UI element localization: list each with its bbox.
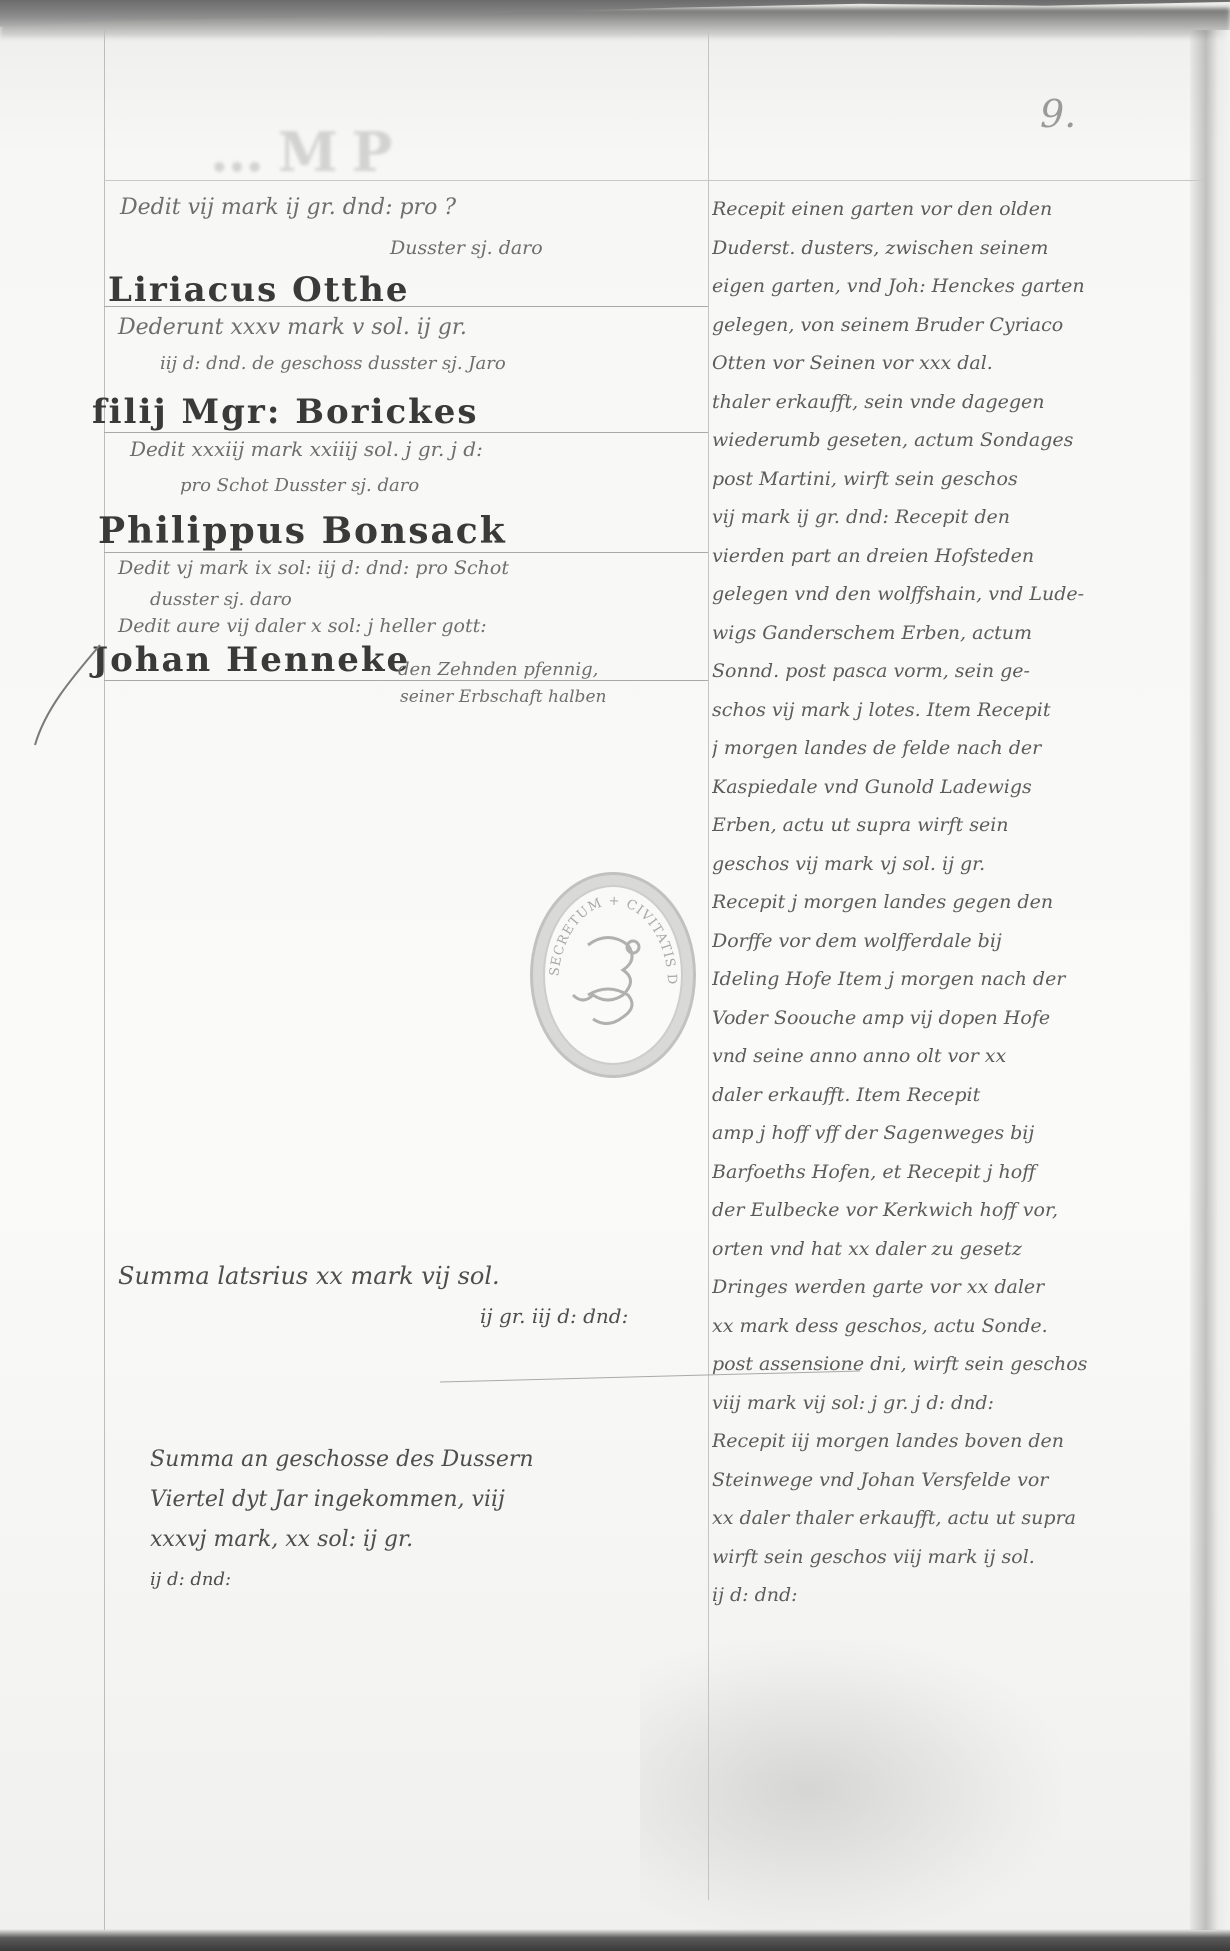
right-line: amp j hoff vff der Sagenweges bij — [712, 1114, 1202, 1153]
entry-3-note-line-2: dusster sj. daro — [150, 590, 292, 610]
right-line: Kaspiedale vnd Gunold Ladewigs — [712, 768, 1202, 807]
row-rule-4 — [104, 680, 708, 681]
right-line: daler erkaufft. Item Recepit — [712, 1076, 1202, 1115]
right-line: wiederumb geseten, actum Sondages — [712, 421, 1202, 460]
header-rule — [104, 180, 1204, 181]
svg-text:SECRETUM + CIVITATIS DUDERSTAD: SECRETUM + CIVITATIS DUDERSTADIENSIS — [533, 875, 679, 986]
summa-2-line-3: xxxvj mark, xx sol: ij gr. — [150, 1520, 534, 1560]
summa-2-line-2: Viertel dyt Jar ingekommen, viij — [150, 1480, 534, 1520]
right-line: j morgen landes de felde nach der — [712, 729, 1202, 768]
row-rule-2 — [104, 432, 708, 433]
right-line: Erben, actu ut supra wirft sein — [712, 806, 1202, 845]
right-line: orten vnd hat xx daler zu gesetz — [712, 1230, 1202, 1269]
entry-4-note-line-1: den Zehnden pfennig, — [398, 660, 598, 680]
summa-2-line-4: ij d: dnd: — [150, 1560, 534, 1600]
entry-name-liriacus-otthe: Liriacus Otthe — [108, 270, 409, 310]
left-margin-rule — [104, 30, 105, 1930]
right-line: viij mark vij sol: j gr. j d: dnd: — [712, 1384, 1202, 1423]
right-column-text: Recepit einen garten vor den olden Duder… — [712, 190, 1202, 1615]
right-line: Voder Soouche amp vij dopen Hofe — [712, 999, 1202, 1038]
right-line: schos vij mark j lotes. Item Recepit — [712, 691, 1202, 730]
entry-0-note-line-1: Dedit vij mark ij gr. dnd: pro ? — [120, 196, 456, 220]
right-line: der Eulbecke vor Kerkwich hoff vor, — [712, 1191, 1202, 1230]
right-line: Recepit iij morgen landes boven den — [712, 1422, 1202, 1461]
right-line: post Martini, wirft sein geschos — [712, 460, 1202, 499]
entry-name-johan-henneke: Johan Henneke — [92, 640, 410, 680]
right-line: vierden part an dreien Hofsteden — [712, 537, 1202, 576]
summa-2-line-1: Summa an geschosse des Dussern — [150, 1440, 534, 1480]
right-line: thaler erkaufft, sein vnde dagegen — [712, 383, 1202, 422]
entry-name-philippus-bonsack: Philippus Bonsack — [98, 510, 507, 552]
summa-1-line-2: ij gr. iij d: dnd: — [118, 1296, 628, 1336]
right-line: geschos vij mark vj sol. ij gr. — [712, 845, 1202, 884]
right-line: gelegen vnd den wolffshain, vnd Lude- — [712, 575, 1202, 614]
lion-rampant-icon: SECRETUM + CIVITATIS DUDERSTADIENSIS — [533, 875, 693, 1075]
entry-3-note-line-3: Dedit aure vij daler x sol: j heller got… — [118, 616, 487, 637]
entry-4-note-line-2: seiner Erbschaft halben — [400, 688, 606, 707]
right-line: Sonnd. post pasca vorm, sein ge- — [712, 652, 1202, 691]
page-bottom-edge — [0, 1929, 1230, 1951]
right-line: Otten vor Seinen vor xxx dal. — [712, 344, 1202, 383]
summa-1-line-1: Summa latsrius xx mark vij sol. — [118, 1256, 628, 1296]
right-line: wigs Ganderschem Erben, actum — [712, 614, 1202, 653]
summa-block-1: Summa latsrius xx mark vij sol. ij gr. i… — [118, 1256, 628, 1336]
right-line: Ideling Hofe Item j morgen nach der — [712, 960, 1202, 999]
right-line: vnd seine anno anno olt vor xx — [712, 1037, 1202, 1076]
manuscript-page: …MP 9. Dedit vij mark ij gr. dnd: pro ? … — [0, 0, 1230, 1951]
right-line: Recepit einen garten vor den olden — [712, 190, 1202, 229]
water-stain — [640, 1640, 1060, 1940]
entry-name-filij-borickes: filij Mgr: Borickes — [92, 392, 479, 432]
right-line: Recepit j morgen landes gegen den — [712, 883, 1202, 922]
right-line: ij d: dnd: — [712, 1576, 1202, 1615]
right-line: xx daler thaler erkaufft, actu ut supra — [712, 1499, 1202, 1538]
page-number: 9. — [1040, 92, 1076, 136]
entry-1-note-line-1: Dederunt xxxv mark v sol. ij gr. — [118, 316, 467, 340]
right-line: gelegen, von seinem Bruder Cyriaco — [712, 306, 1202, 345]
right-line: eigen garten, vnd Joh: Henckes garten — [712, 267, 1202, 306]
right-line: Steinwege vnd Johan Versfelde vor — [712, 1461, 1202, 1500]
right-line: vij mark ij gr. dnd: Recepit den — [712, 498, 1202, 537]
row-rule-3 — [104, 552, 708, 553]
right-line: post assensione dni, wirft sein geschos — [712, 1345, 1202, 1384]
summa-block-2: Summa an geschosse des Dussern Viertel d… — [150, 1440, 534, 1600]
entry-2-note-line-2: pro Schot Dusster sj. daro — [180, 476, 419, 496]
column-divider-rule — [708, 30, 709, 1900]
right-line: wirft sein geschos viij mark ij sol. — [712, 1538, 1202, 1577]
right-line: Dorffe vor dem wolfferdale bij — [712, 922, 1202, 961]
entry-1-note-line-2: iij d: dnd. de geschoss dusster sj. Jaro — [160, 354, 506, 374]
entry-0-note-line-2: Dusster sj. daro — [390, 238, 543, 259]
city-seal-stamp: SECRETUM + CIVITATIS DUDERSTADIENSIS — [530, 872, 696, 1078]
margin-flourish — [20, 640, 110, 750]
right-line: Duderst. dusters, zwischen seinem — [712, 229, 1202, 268]
right-line: xx mark dess geschos, actu Sonde. — [712, 1307, 1202, 1346]
entry-3-note-line-1: Dedit vj mark ix sol: iij d: dnd: pro Sc… — [118, 558, 509, 579]
right-line: Barfoeths Hofen, et Recepit j hoff — [712, 1153, 1202, 1192]
right-line: Dringes werden garte vor xx daler — [712, 1268, 1202, 1307]
entry-2-note-line-1: Dedit xxxiij mark xxiiij sol. j gr. j d: — [130, 438, 483, 460]
